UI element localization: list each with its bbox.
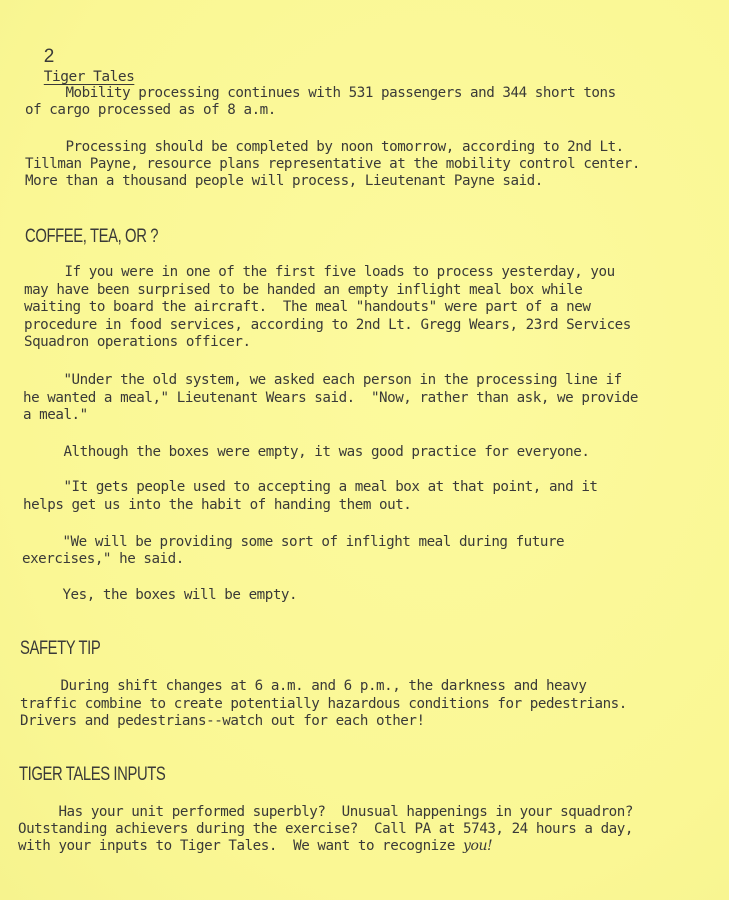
text-line: he wanted a meal," Lieutenant Wears said… [23,389,638,407]
text-line: Has your unit performed superbly? Unusua… [18,803,633,821]
section-heading-tiger-tales-inputs: TIGER TALES INPUTS [19,764,165,786]
text-line: exercises," he said. [22,550,184,568]
text-line: Outstanding achievers during the exercis… [18,820,633,838]
text-line: of cargo processed as of 8 a.m. [25,101,276,119]
publication-title: Tiger Tales [44,69,135,85]
text-line: helps get us into the habit of handing t… [23,496,411,514]
section-heading-coffee-tea: COFFEE, TEA, OR ? [25,226,158,248]
text-line: "Under the old system, we asked each per… [23,371,622,389]
emphasis-you: you! [463,838,492,854]
text-line: Squadron operations officer. [24,333,251,351]
text-line: traffic combine to create potentially ha… [20,695,627,713]
text-line: procedure in food services, according to… [24,316,631,334]
text-line: waiting to board the aircraft. The meal … [24,298,590,316]
text-line: Yes, the boxes will be empty. [22,586,297,604]
text-line: "It gets people used to accepting a meal… [23,478,598,496]
text-line-content: with your inputs to Tiger Tales. We want… [18,838,463,854]
text-line: Tillman Payne, resource plans representa… [25,155,640,173]
text-line: Mobility processing continues with 531 p… [25,84,616,102]
text-line: Drivers and pedestrians--watch out for e… [20,712,425,730]
text-line: a meal." [23,406,88,424]
page-number: 2 [44,46,55,67]
text-line: More than a thousand people will process… [25,172,543,190]
newsletter-page: 2 Tiger Tales Mobility processing contin… [0,0,729,900]
text-line-final: with your inputs to Tiger Tales. We want… [18,837,492,855]
text-line: During shift changes at 6 a.m. and 6 p.m… [20,677,586,695]
text-line: may have been surprised to be handed an … [24,281,582,299]
text-line: Processing should be completed by noon t… [25,138,624,156]
text-line: If you were in one of the first five loa… [24,263,615,281]
text-line: Although the boxes were empty, it was go… [23,443,589,461]
text-line: "We will be providing some sort of infli… [22,533,564,551]
section-heading-safety-tip: SAFETY TIP [20,638,100,660]
